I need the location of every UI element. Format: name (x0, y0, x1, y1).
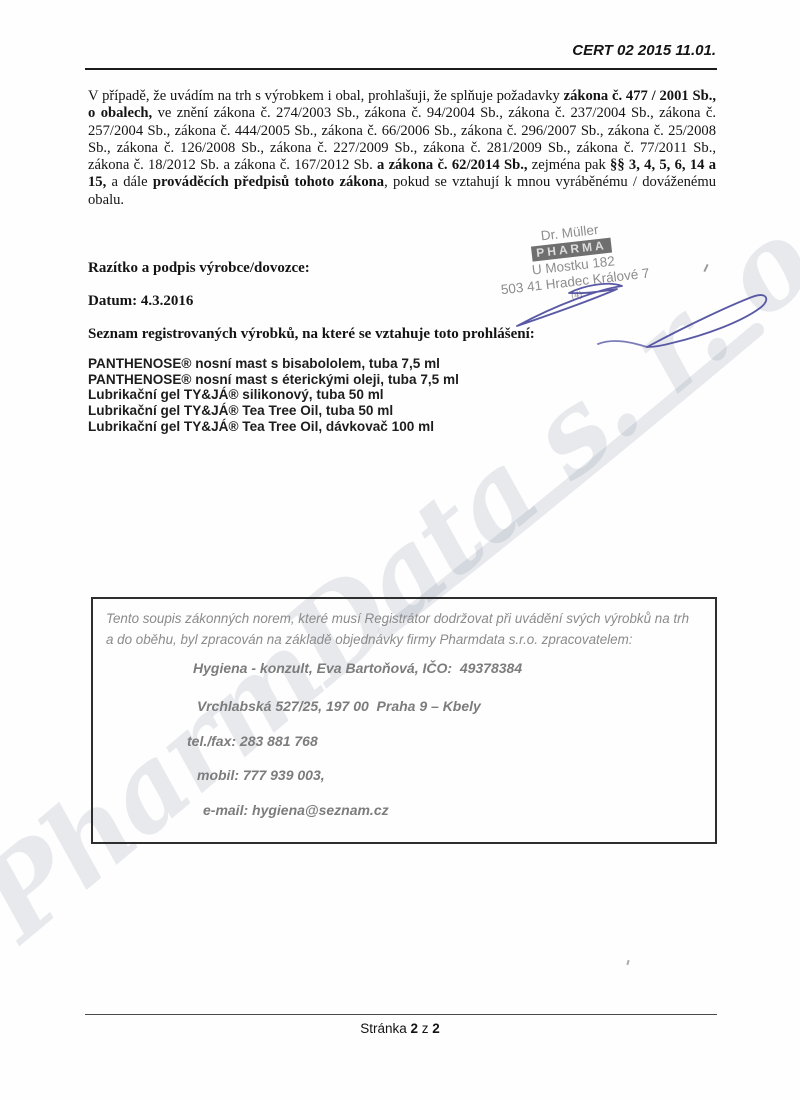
scanned-document-page: PharmData s. r. o. CERT 02 2015 11.01. V… (0, 0, 800, 1100)
footer-rule (85, 1014, 717, 1015)
contact-mobile: mobil: 777 939 003, (197, 767, 325, 783)
contact-address: Vrchlabská 527/25, 197 00 Praha 9 – Kbel… (197, 698, 481, 714)
product-item: Lubrikační gel TY&JÁ® Tea Tree Oil, dávk… (88, 419, 459, 435)
info-box-intro: Tento soupis zákonných norem, které musí… (106, 608, 700, 650)
contact-name: Hygiena - konzult, Eva Bartoňová, IČO: 4… (193, 660, 522, 676)
date-label: Datum: 4.3.2016 (88, 293, 193, 310)
processor-info-box: Tento soupis zákonných norem, které musí… (91, 597, 717, 844)
document-content: CERT 02 2015 11.01. V případě, že uvádím… (0, 0, 800, 1100)
legal-declaration-paragraph: V případě, že uvádím na trh s výrobkem i… (88, 88, 716, 209)
product-item: PANTHENOSE® nosní mast s éterickými olej… (88, 372, 459, 388)
registered-products-list: PANTHENOSE® nosní mast s bisabololem, tu… (88, 356, 459, 435)
product-item: Lubrikační gel TY&JÁ® silikonový, tuba 5… (88, 387, 459, 403)
header-rule (85, 68, 717, 70)
products-heading: Seznam registrovaných výrobků, na které … (88, 326, 535, 343)
product-item: PANTHENOSE® nosní mast s bisabololem, tu… (88, 356, 459, 372)
contact-telfax: tel./fax: 283 881 768 (187, 733, 318, 749)
document-reference: CERT 02 2015 11.01. (572, 42, 716, 59)
contact-email: e-mail: hygiena@seznam.cz (203, 802, 389, 818)
page-number-footer: Stránka 2 z 2 (0, 1021, 800, 1036)
product-item: Lubrikační gel TY&JÁ® Tea Tree Oil, tuba… (88, 403, 459, 419)
stamp-signature-label: Razítko a podpis výrobce/dovozce: (88, 260, 310, 277)
company-stamp: Dr. Müller PHARMA U Mostku 182 503 41 Hr… (464, 213, 681, 311)
